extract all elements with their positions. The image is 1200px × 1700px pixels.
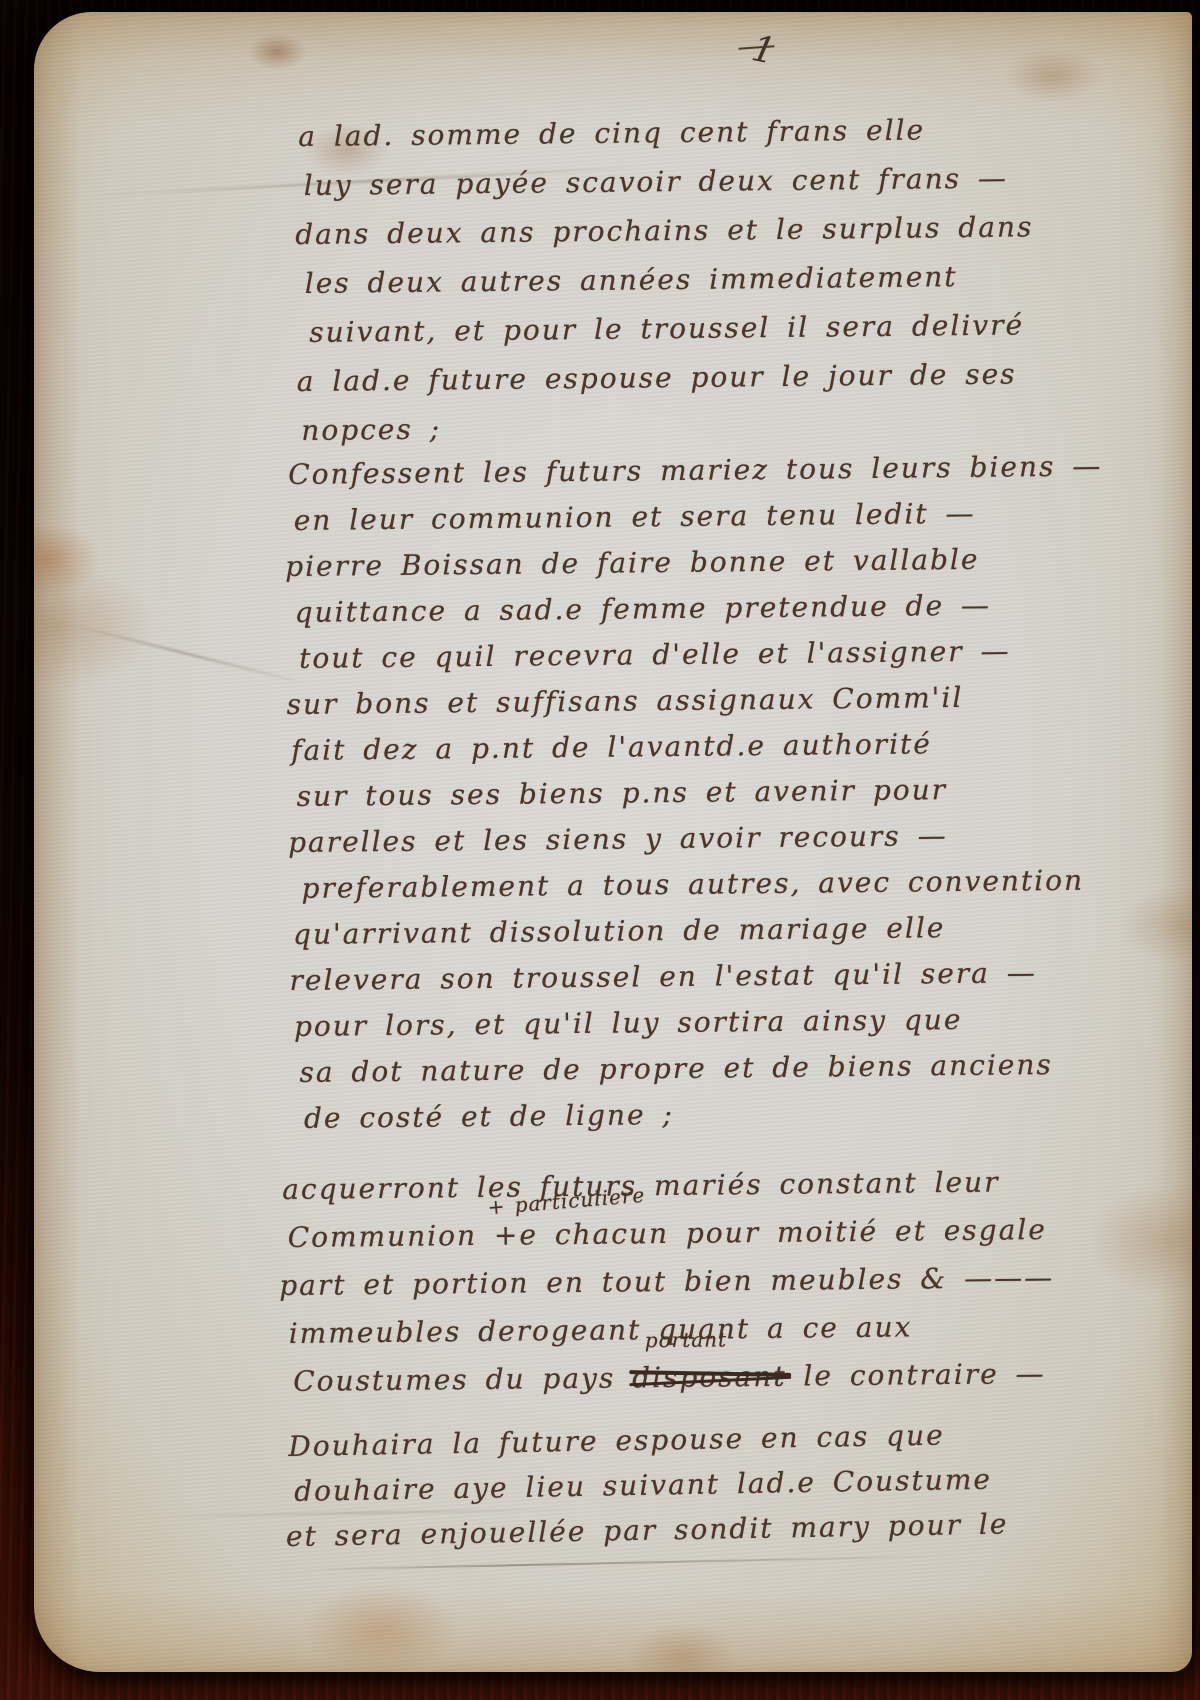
text-line: part et portion en tout bien meubles & —…	[279, 1254, 1054, 1310]
photo-of-manuscript: 1 a lad. somme de cinq cent frans elle l…	[0, 0, 1200, 1700]
line-text: Communion +e chacun pour moitié et esgal…	[288, 1213, 1047, 1254]
text-line: de costé et de ligne ;	[304, 1087, 1110, 1141]
paragraph-dower: Douhaira la future espouse en cas que do…	[288, 1411, 1009, 1559]
page-number: 1	[748, 28, 779, 73]
text-line: les deux autres années immediatement	[305, 251, 1035, 308]
text-line: + particuliereCommunion +e chacun pour m…	[288, 1206, 1054, 1262]
text-line: suivant, et pour le troussel il sera del…	[309, 300, 1035, 357]
text-line: a lad.e future espouse pour le jour de s…	[297, 349, 1036, 406]
text-line: preferablement a tous autres, avec conve…	[301, 857, 1107, 911]
paragraph-payment-terms: a lad. somme de cinq cent frans elle luy…	[298, 104, 1036, 455]
text-line: dans deux ans prochains et le surplus da…	[295, 202, 1034, 259]
line-text: Coustumes du pays	[293, 1361, 632, 1398]
handwritten-text-layer: 1 a lad. somme de cinq cent frans elle l…	[0, 0, 1200, 1700]
faint-guide-line	[300, 1555, 940, 1570]
line-text: le contraire —	[786, 1357, 1045, 1393]
text-line-with-correction: portantCoustumes du pays disposant le co…	[293, 1350, 1055, 1406]
text-line: a lad. somme de cinq cent frans elle	[298, 104, 1033, 161]
struck-word: disposant	[632, 1353, 787, 1403]
paragraph-acquisitions: acquerront les futurs mariés constant le…	[282, 1158, 1055, 1406]
interline-correction: portant	[645, 1329, 728, 1350]
paragraph-community-of-goods: Confessent les futurs mariez tous leurs …	[288, 443, 1109, 1141]
text-line: acquerront les futurs mariés constant le…	[282, 1158, 1053, 1214]
text-line: luy sera payée scavoir deux cent frans —	[304, 153, 1034, 210]
